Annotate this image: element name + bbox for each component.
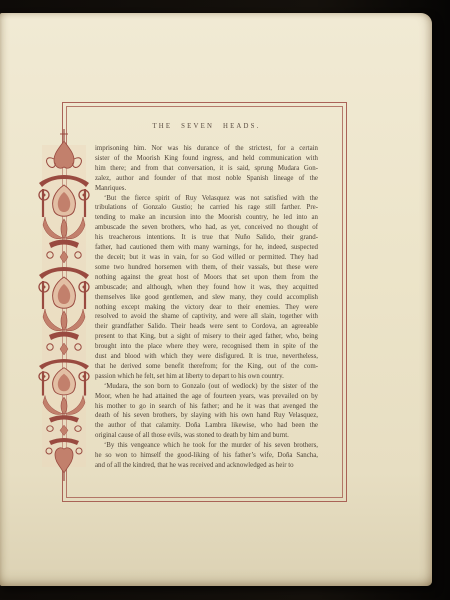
- text-line: him there; and from that conversation, i…: [95, 164, 318, 174]
- text-line: some two hundred horsemen with them, of …: [95, 263, 318, 273]
- text-line: tending to make an incursion into the Mo…: [95, 213, 318, 223]
- text-line: nothing except making the victory dear t…: [95, 303, 318, 313]
- text-line: imprisoning him. Nor was his durance of …: [95, 144, 318, 154]
- text-line: dust and blood with which they were disf…: [95, 352, 318, 362]
- text-line: their grandfather Salido. Their heads we…: [95, 322, 318, 332]
- text-line: that he derived some benefit therefrom; …: [95, 362, 318, 372]
- text-line: Manriques.: [95, 184, 318, 194]
- body-text: imprisoning him. Nor was his durance of …: [95, 144, 318, 471]
- text-line: zalez, author and founder of that most n…: [95, 174, 318, 184]
- text-line: resolved to avoid the shame of captivity…: [95, 312, 318, 322]
- book-page: THE SEVEN HEADS. imprisoning him. Nor wa…: [0, 13, 432, 586]
- text-line: themselves like good gentlemen, and slew…: [95, 293, 318, 303]
- text-line: ambuscade; and although, when they found…: [95, 283, 318, 293]
- text-line: nothing against the great host of Moors …: [95, 273, 318, 283]
- floral-ornament-icon: [35, 129, 93, 481]
- text-line: his treacherous intentions. It is true t…: [95, 233, 318, 243]
- text-line: ‘By this vengeance which he took for the…: [95, 441, 318, 451]
- text-line: tribulations of Gonzalo Gustio; he carri…: [95, 203, 318, 213]
- text-line: original cause of all those evils, was s…: [95, 431, 318, 441]
- text-line: he so won to himself the good-liking of …: [95, 451, 318, 461]
- text-line: the author of that calamity. Doña Lambra…: [95, 421, 318, 431]
- text-line: death of his seven brothers, by slaying …: [95, 411, 318, 421]
- text-line: ‘But the fierce spirit of Ruy Velasquez …: [95, 194, 318, 204]
- text-line: brought into the place where they were, …: [95, 342, 318, 352]
- text-line: sister of the Moorish King found ingress…: [95, 154, 318, 164]
- text-line: passion which he felt, set him at libert…: [95, 372, 318, 382]
- text-line: and of all the kindred, that he was rece…: [95, 461, 318, 471]
- text-line: Moor, when he had attained the age of fo…: [95, 392, 318, 402]
- text-line: father, had cautioned them with many war…: [95, 243, 318, 253]
- text-line: ambuscade the seven brothers, who had, a…: [95, 223, 318, 233]
- text-line: the deceit; but it was in vain, for so G…: [95, 253, 318, 263]
- text-line: present to that King, but a sight of mis…: [95, 332, 318, 342]
- running-head: THE SEVEN HEADS.: [95, 123, 318, 130]
- text-line: ‘Mudara, the son born to Gonzalo (out of…: [95, 382, 318, 392]
- text-line: his mother to go in search of his father…: [95, 402, 318, 412]
